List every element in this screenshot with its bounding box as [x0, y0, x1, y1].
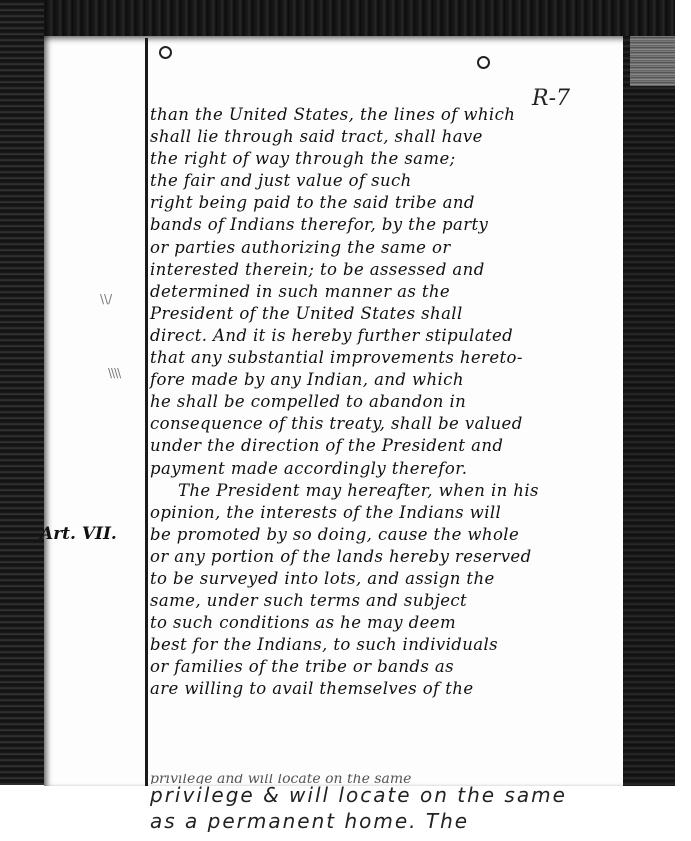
text-line: or any portion of the lands hereby reser…: [150, 546, 630, 568]
text-line: the right of way through the same;: [150, 148, 630, 170]
text-line: to be surveyed into lots, and assign the: [150, 568, 630, 590]
text-line: or families of the tribe or bands as: [150, 656, 630, 678]
text-line: President of the United States shall: [150, 303, 630, 325]
text-line: same, under such terms and subject: [150, 590, 630, 612]
text-line: determined in such manner as the: [150, 281, 630, 303]
text-line: best for the Indians, to such individual…: [150, 634, 630, 656]
text-line: right being paid to the said tribe and: [150, 192, 630, 214]
text-line: fore made by any Indian, and which: [150, 369, 630, 391]
article-label: Art. VII.: [40, 524, 117, 544]
margin-rule: [145, 38, 148, 786]
margin-mark: \\/: [100, 292, 112, 306]
text-line: be promoted by so doing, cause the whole: [150, 524, 630, 546]
text-line: consequence of this treaty, shall be val…: [150, 413, 630, 435]
handwritten-addendum-line: as a permanent home. The: [150, 809, 691, 833]
text-line: interested therein; to be assessed and: [150, 259, 630, 281]
text-line: direct. And it is hereby further stipula…: [150, 325, 630, 347]
text-line: than the United States, the lines of whi…: [150, 104, 630, 126]
text-line: to such conditions as he may deem: [150, 612, 630, 634]
text-line: or parties authorizing the same or: [150, 237, 630, 259]
text-line: are willing to avail themselves of the: [150, 678, 630, 700]
text-line: The President may hereafter, when in his: [150, 480, 630, 502]
punch-hole-icon: [477, 56, 490, 69]
margin-mark: \\\\: [108, 366, 120, 380]
text-line: under the direction of the President and: [150, 435, 630, 457]
text-line: opinion, the interests of the Indians wi…: [150, 502, 630, 524]
text-line: shall lie through said tract, shall have: [150, 126, 630, 148]
handwritten-body: than the United States, the lines of whi…: [150, 104, 630, 701]
text-line: bands of Indians therefor, by the party: [150, 214, 630, 236]
punch-hole-icon: [159, 46, 172, 59]
text-line: that any substantial improvements hereto…: [150, 347, 630, 369]
scan-border-right: [623, 36, 675, 786]
handwritten-addendum-line: privilege & will locate on the same: [150, 783, 691, 807]
scan-border-top: [0, 0, 675, 36]
scan-border-right-top: [630, 36, 675, 86]
text-line: he shall be compelled to abandon in: [150, 391, 630, 413]
text-line: the fair and just value of such: [150, 170, 630, 192]
scan-border-left: [0, 0, 44, 785]
text-line: payment made accordingly therefor.: [150, 458, 630, 480]
